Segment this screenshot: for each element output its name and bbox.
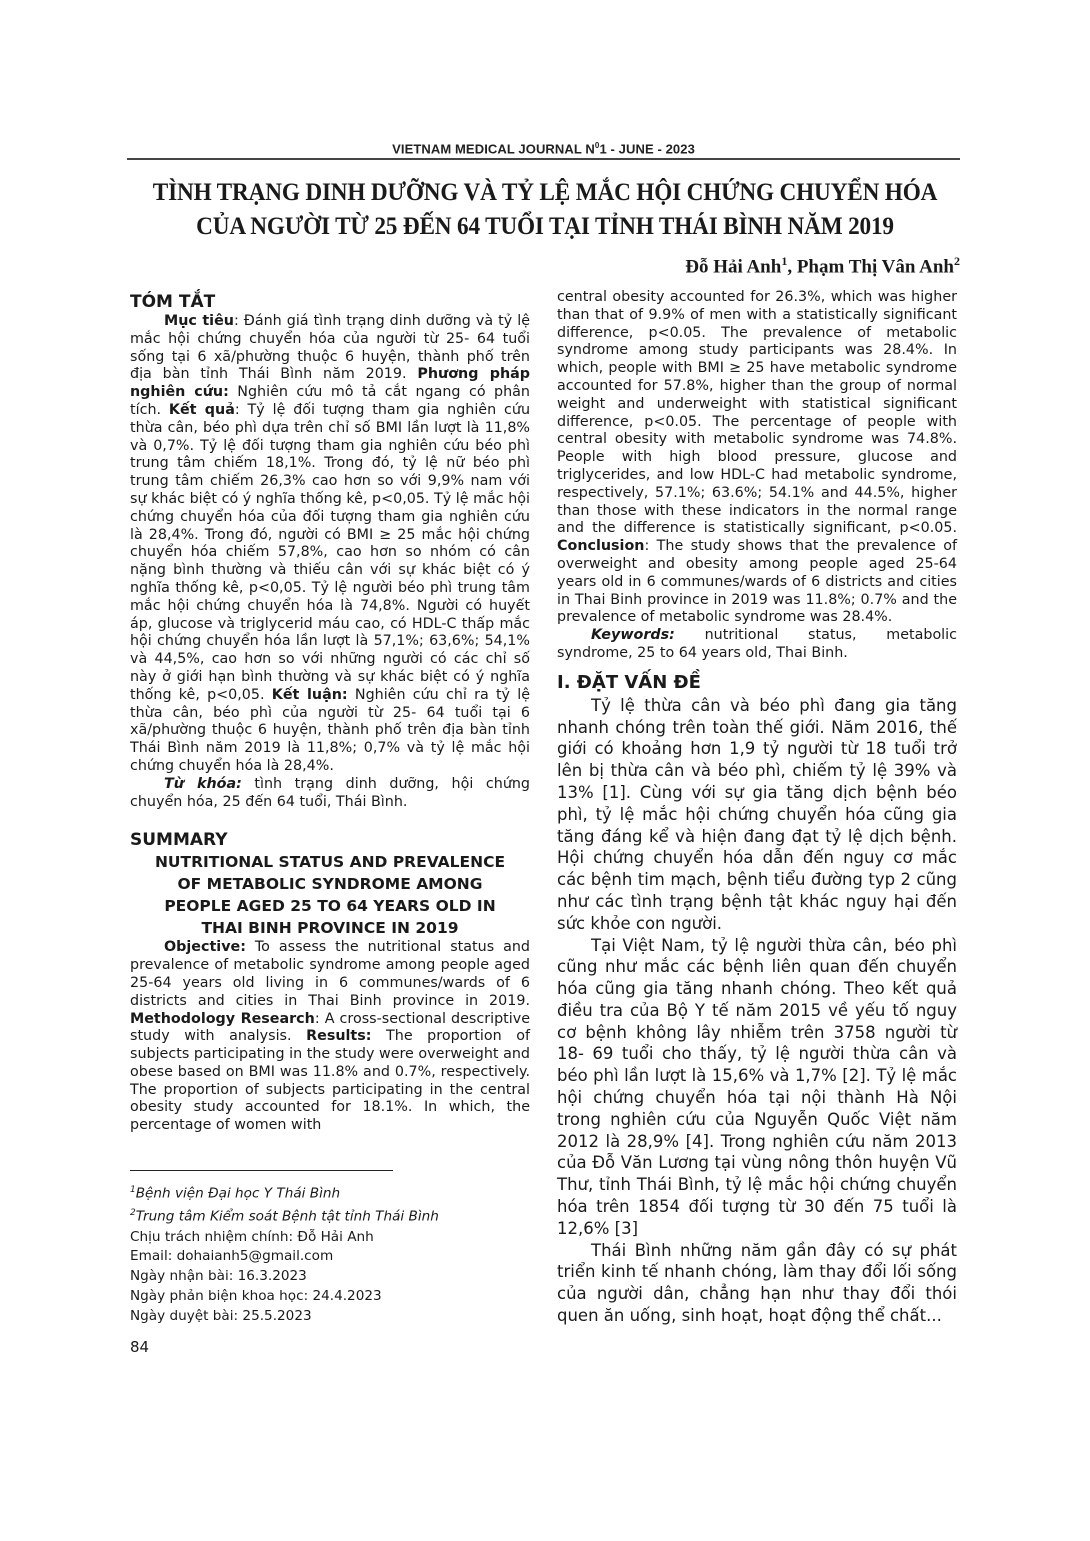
issue-date: 1 - JUNE - 2023 (599, 141, 694, 156)
intro-paragraph-2: Tại Việt Nam, tỷ lệ người thừa cân, béo … (557, 935, 957, 1240)
results-label-vi: Kết quả (169, 402, 235, 418)
abstract-vi-heading: TÓM TẮT (130, 291, 530, 313)
author-list: Đỗ Hải Anh1, Phạm Thị Vân Anh2 (685, 254, 960, 278)
english-title-line-4: THAI BINH PROVINCE IN 2019 (130, 917, 530, 939)
affiliation-2-text: Trung tâm Kiểm soát Bệnh tật tỉnh Thái B… (136, 1209, 439, 1225)
running-header: VIETNAM MEDICAL JOURNAL N01 - JUNE - 202… (127, 141, 960, 156)
date-accepted: Ngày duyệt bài: 25.5.2023 (130, 1307, 530, 1327)
header-rule (127, 158, 960, 160)
author-email: Email: dohaianh5@gmail.com (130, 1247, 530, 1267)
intro-paragraph-3: Thái Bình những năm gần đây có sự phát t… (557, 1240, 957, 1327)
keywords-vi: Từ khóa: tình trạng dinh dưỡng, hội chứn… (130, 776, 530, 812)
paper-title: TÌNH TRẠNG DINH DƯỠNG VÀ TỶ LỆ MẮC HỘI C… (150, 176, 941, 244)
left-column: TÓM TẮT Mục tiêu: Đánh giá tình trạng di… (130, 291, 530, 1135)
right-column: central obesity accounted for 26.3%, whi… (557, 289, 957, 1327)
intro-paragraph-1: Tỷ lệ thừa cân và béo phì đang gia tăng … (557, 695, 957, 935)
english-title-line-3: PEOPLE AGED 25 TO 64 YEARS OLD IN (130, 895, 530, 917)
results-text-vi: : Tỷ lệ đối tượng tham gia nghiên cứu th… (130, 402, 530, 703)
abstract-en-body-left: Objective: To assess the nutritional sta… (130, 939, 530, 1135)
paper-page: VIETNAM MEDICAL JOURNAL N01 - JUNE - 202… (0, 0, 1090, 1541)
corresponding-author: Chịu trách nhiệm chính: Đỗ Hải Anh (130, 1228, 530, 1248)
date-received: Ngày nhận bài: 16.3.2023 (130, 1267, 530, 1287)
objective-label-en: Objective: (164, 939, 246, 955)
title-line-1: TÌNH TRẠNG DINH DƯỠNG VÀ TỶ LỆ MẮC HỘI C… (150, 176, 941, 210)
author-separator: , (787, 256, 797, 277)
keywords-label-vi: Từ khóa: (164, 776, 242, 792)
footnote-rule (130, 1170, 393, 1171)
affiliation-1-text: Bệnh viện Đại học Y Thái Bình (136, 1186, 340, 1202)
author-1: Đỗ Hải Anh (685, 256, 781, 277)
conclusion-label-en: Conclusion (557, 538, 644, 554)
english-title-line-1: NUTRITIONAL STATUS AND PREVALENCE (130, 851, 530, 873)
summary-heading: SUMMARY (130, 829, 530, 851)
intro-body: Tỷ lệ thừa cân và béo phì đang gia tăng … (557, 695, 957, 1327)
intro-heading: I. ĐẶT VẤN ĐỀ (557, 671, 957, 695)
abstract-vi-body: Mục tiêu: Đánh giá tình trạng dinh dưỡng… (130, 313, 530, 776)
author-2-affil: 2 (954, 254, 960, 268)
conclusion-label-vi: Kết luận: (272, 687, 348, 703)
affiliation-1: 1Bệnh viện Đại học Y Thái Bình (130, 1181, 530, 1204)
english-title-line-2: OF METABOLIC SYNDROME AMONG (130, 873, 530, 895)
journal-name: VIETNAM MEDICAL JOURNAL N (392, 141, 595, 156)
affiliation-2: 2Trung tâm Kiểm soát Bệnh tật tỉnh Thái … (130, 1204, 530, 1227)
results-label-en: Results: (306, 1028, 371, 1044)
title-line-2: CỦA NGƯỜI TỪ 25 ĐẾN 64 TUỔI TẠI TỈNH THÁ… (150, 210, 941, 244)
abstract-en-body-right: central obesity accounted for 26.3%, whi… (557, 289, 957, 627)
english-title: NUTRITIONAL STATUS AND PREVALENCE OF MET… (130, 851, 530, 939)
footnotes: 1Bệnh viện Đại học Y Thái Bình 2Trung tâ… (130, 1181, 530, 1327)
page-number: 84 (130, 1338, 149, 1356)
method-label-en: Methodology Research (130, 1011, 315, 1027)
keywords-en: Keywords: nutritional status, metabolic … (557, 627, 957, 663)
objective-label-vi: Mục tiêu (164, 313, 234, 329)
author-2: Phạm Thị Vân Anh (797, 256, 954, 277)
results-text-en-part2: central obesity accounted for 26.3%, whi… (557, 289, 957, 536)
date-reviewed: Ngày phản biện khoa học: 24.4.2023 (130, 1287, 530, 1307)
keywords-label-en: Keywords: (591, 627, 675, 643)
